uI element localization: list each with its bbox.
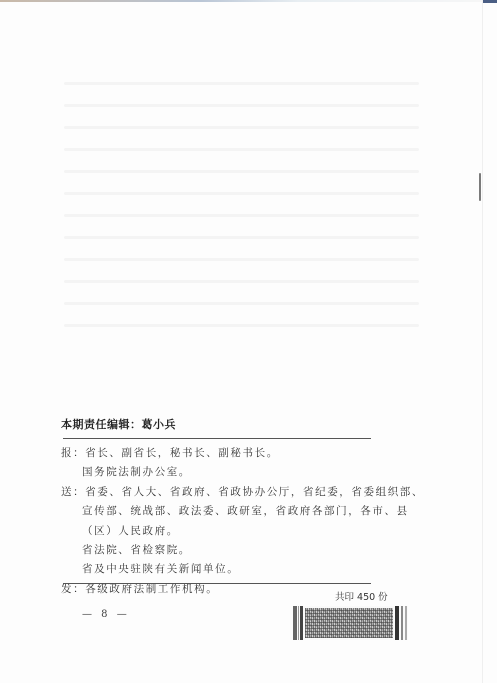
editor-name: 葛小兵 — [142, 418, 177, 431]
scan-right-edge — [482, 0, 483, 683]
scan-corner-mark — [483, 0, 497, 3]
send-to-line: 省法院、省检察院。 — [61, 541, 401, 560]
barcode-icon — [293, 606, 408, 640]
send-to-line: （区）人民政府。 — [61, 522, 401, 541]
divider-top — [63, 438, 371, 439]
document-page: 本期责任编辑：葛小兵 报：省长、副省长，秘书长、副秘书长。 国务院法制办公室。 … — [0, 0, 497, 683]
report-to-line: 报：省长、副省长，秘书长、副秘书长。 — [61, 444, 401, 463]
responsible-editor: 本期责任编辑：葛小兵 — [61, 416, 176, 432]
bleed-through-text — [64, 82, 419, 346]
send-to-line: 省及中央驻陕有关新闻单位。 — [61, 560, 401, 579]
editor-label: 本期责任编辑： — [61, 418, 142, 431]
page-number: — 8 — — [82, 609, 130, 620]
print-copies: 共印 450 份 — [335, 589, 388, 603]
send-to-line: 送：省委、省人大、省政府、省政协办公厅，省纪委，省委组织部、 — [61, 483, 401, 502]
binding-mark — [479, 173, 481, 201]
send-to-line: 宣传部、统战部、政法委、政研室，省政府各部门，各市、县 — [61, 502, 401, 521]
report-to-line: 国务院法制办公室。 — [61, 463, 401, 482]
distribution-list: 报：省长、副省长，秘书长、副秘书长。 国务院法制办公室。 送：省委、省人大、省政… — [61, 444, 401, 599]
divider-bottom — [63, 583, 371, 584]
scan-top-edge — [0, 0, 497, 2]
